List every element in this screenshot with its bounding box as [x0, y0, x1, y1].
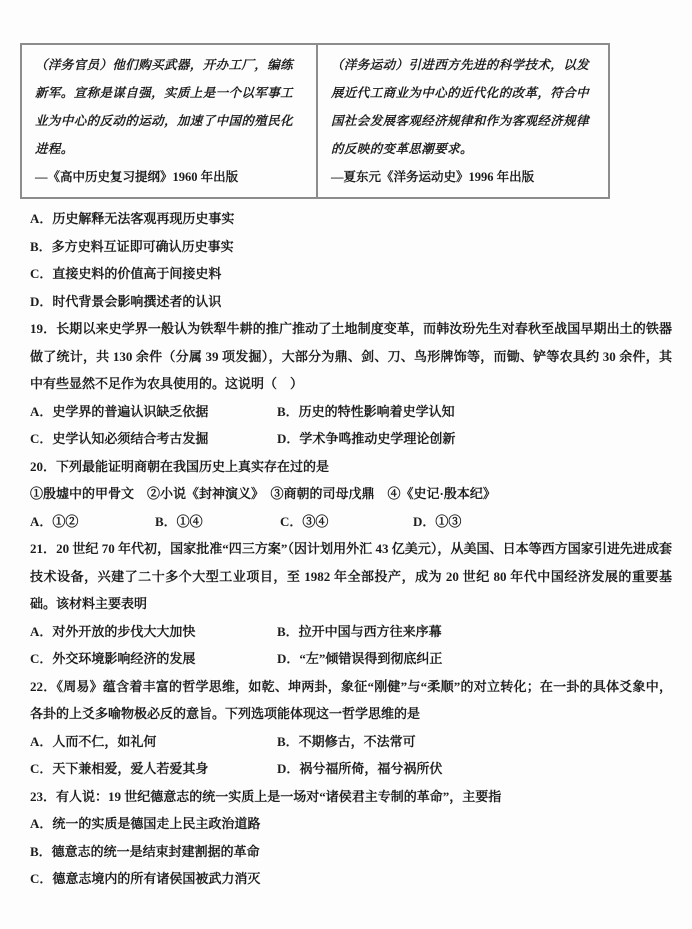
- option-18-a: A．历史解释无法客观再现历史事实: [30, 205, 672, 233]
- option-23-a: A．统一的实质是德国走上民主政治道路: [30, 810, 672, 838]
- option-21-b: B．拉开中国与西方往来序幕: [277, 618, 672, 646]
- exam-page: （洋务官员）他们购买武器，开办工厂，编练新军。宣称是谋自强，实质上是一个以军事工…: [0, 0, 692, 929]
- question-18-options: A．历史解释无法客观再现历史事实 B．多方史料互证即可确认历史事实 C．直接史料…: [20, 205, 672, 315]
- option-22-d: D．祸兮福所倚，福兮祸所伏: [277, 755, 672, 783]
- question-22-stem: 22．《周易》蕴含着丰富的哲学思维，如乾、坤两卦，象征“刚健”与“柔顺”的对立转…: [30, 673, 672, 728]
- question-19-stem: 19．长期以来史学界一般认为铁犁牛耕的推广推动了土地制度变革，而韩汝玢先生对春秋…: [30, 315, 672, 398]
- option-18-b: B．多方史料互证即可确认历史事实: [30, 233, 672, 261]
- option-21-c: C．外交环境影响经济的发展: [30, 645, 277, 673]
- option-20-c: C．③④: [280, 508, 413, 536]
- option-20-d: D．①③: [413, 508, 672, 536]
- question-22-options: A．人而不仁，如礼何 B．不期修古，不法常可 C．天下兼相爱，爱人若爱其身 D．…: [30, 728, 672, 783]
- question-21-options: A．对外开放的步伐大大加快 B．拉开中国与西方往来序幕 C．外交环境影响经济的发…: [30, 618, 672, 673]
- option-19-c: C．史学认知必须结合考古发掘: [30, 425, 277, 453]
- quote-table: （洋务官员）他们购买武器，开办工厂，编练新军。宣称是谋自强，实质上是一个以军事工…: [20, 43, 610, 199]
- quote-cell-right: （洋务运动）引进西方先进的科学技术，以发展近代工商业为中心的近代化的改革，符合中…: [317, 44, 609, 198]
- option-18-d: D．时代背景会影响撰述者的认识: [30, 288, 672, 316]
- option-18-c: C．直接史料的价值高于间接史料: [30, 260, 672, 288]
- option-19-a: A．史学界的普遍认识缺乏依据: [30, 398, 277, 426]
- question-20-options: A．①② B．①④ C．③④ D．①③: [30, 508, 672, 536]
- question-19: 19．长期以来史学界一般认为铁犁牛耕的推广推动了土地制度变革，而韩汝玢先生对春秋…: [20, 315, 672, 453]
- question-21: 21．20 世纪 70 年代初，国家批准“四三方案”（因计划用外汇 43 亿美元…: [20, 535, 672, 673]
- quote-left-text: （洋务官员）他们购买武器，开办工厂，编练新军。宣称是谋自强，实质上是一个以军事工…: [35, 51, 304, 163]
- question-23-stem: 23．有人说：19 世纪德意志的统一实质上是一场对“诸侯君主专制的革命”，主要指: [30, 783, 672, 811]
- option-20-b: B．①④: [155, 508, 280, 536]
- question-23: 23．有人说：19 世纪德意志的统一实质上是一场对“诸侯君主专制的革命”，主要指…: [20, 783, 672, 893]
- question-20-items: ①殷墟中的甲骨文 ②小说《封神演义》 ③商朝的司母戊鼎 ④《史记·殷本纪》: [30, 480, 672, 508]
- question-20-stem: 20．下列最能证明商朝在我国历史上真实存在过的是: [30, 453, 672, 481]
- quote-right-text: （洋务运动）引进西方先进的科学技术，以发展近代工商业为中心的近代化的改革，符合中…: [331, 51, 596, 163]
- option-22-b: B．不期修古，不法常可: [277, 728, 672, 756]
- question-21-stem: 21．20 世纪 70 年代初，国家批准“四三方案”（因计划用外汇 43 亿美元…: [30, 535, 672, 618]
- quote-right-source: —夏东元《洋务运动史》1996 年出版: [331, 163, 596, 191]
- option-21-a: A．对外开放的步伐大大加快: [30, 618, 277, 646]
- quote-cell-left: （洋务官员）他们购买武器，开办工厂，编练新军。宣称是谋自强，实质上是一个以军事工…: [21, 44, 317, 198]
- option-23-c: C．德意志境内的所有诸侯国被武力消灭: [30, 865, 672, 893]
- question-20: 20．下列最能证明商朝在我国历史上真实存在过的是 ①殷墟中的甲骨文 ②小说《封神…: [20, 453, 672, 536]
- option-21-d: D．“左”倾错误得到彻底纠正: [277, 645, 672, 673]
- question-19-options: A．史学界的普遍认识缺乏依据 B．历史的特性影响着史学认知 C．史学认知必须结合…: [30, 398, 672, 453]
- option-22-a: A．人而不仁，如礼何: [30, 728, 277, 756]
- question-22: 22．《周易》蕴含着丰富的哲学思维，如乾、坤两卦，象征“刚健”与“柔顺”的对立转…: [20, 673, 672, 783]
- option-22-c: C．天下兼相爱，爱人若爱其身: [30, 755, 277, 783]
- option-23-b: B．德意志的统一是结束封建割据的革命: [30, 838, 672, 866]
- option-20-a: A．①②: [30, 508, 155, 536]
- quote-left-source: —《高中历史复习提纲》1960 年出版: [35, 163, 304, 191]
- quote-table-row: （洋务官员）他们购买武器，开办工厂，编练新军。宣称是谋自强，实质上是一个以军事工…: [21, 44, 609, 198]
- option-19-b: B．历史的特性影响着史学认知: [277, 398, 672, 426]
- option-19-d: D．学术争鸣推动史学理论创新: [277, 425, 672, 453]
